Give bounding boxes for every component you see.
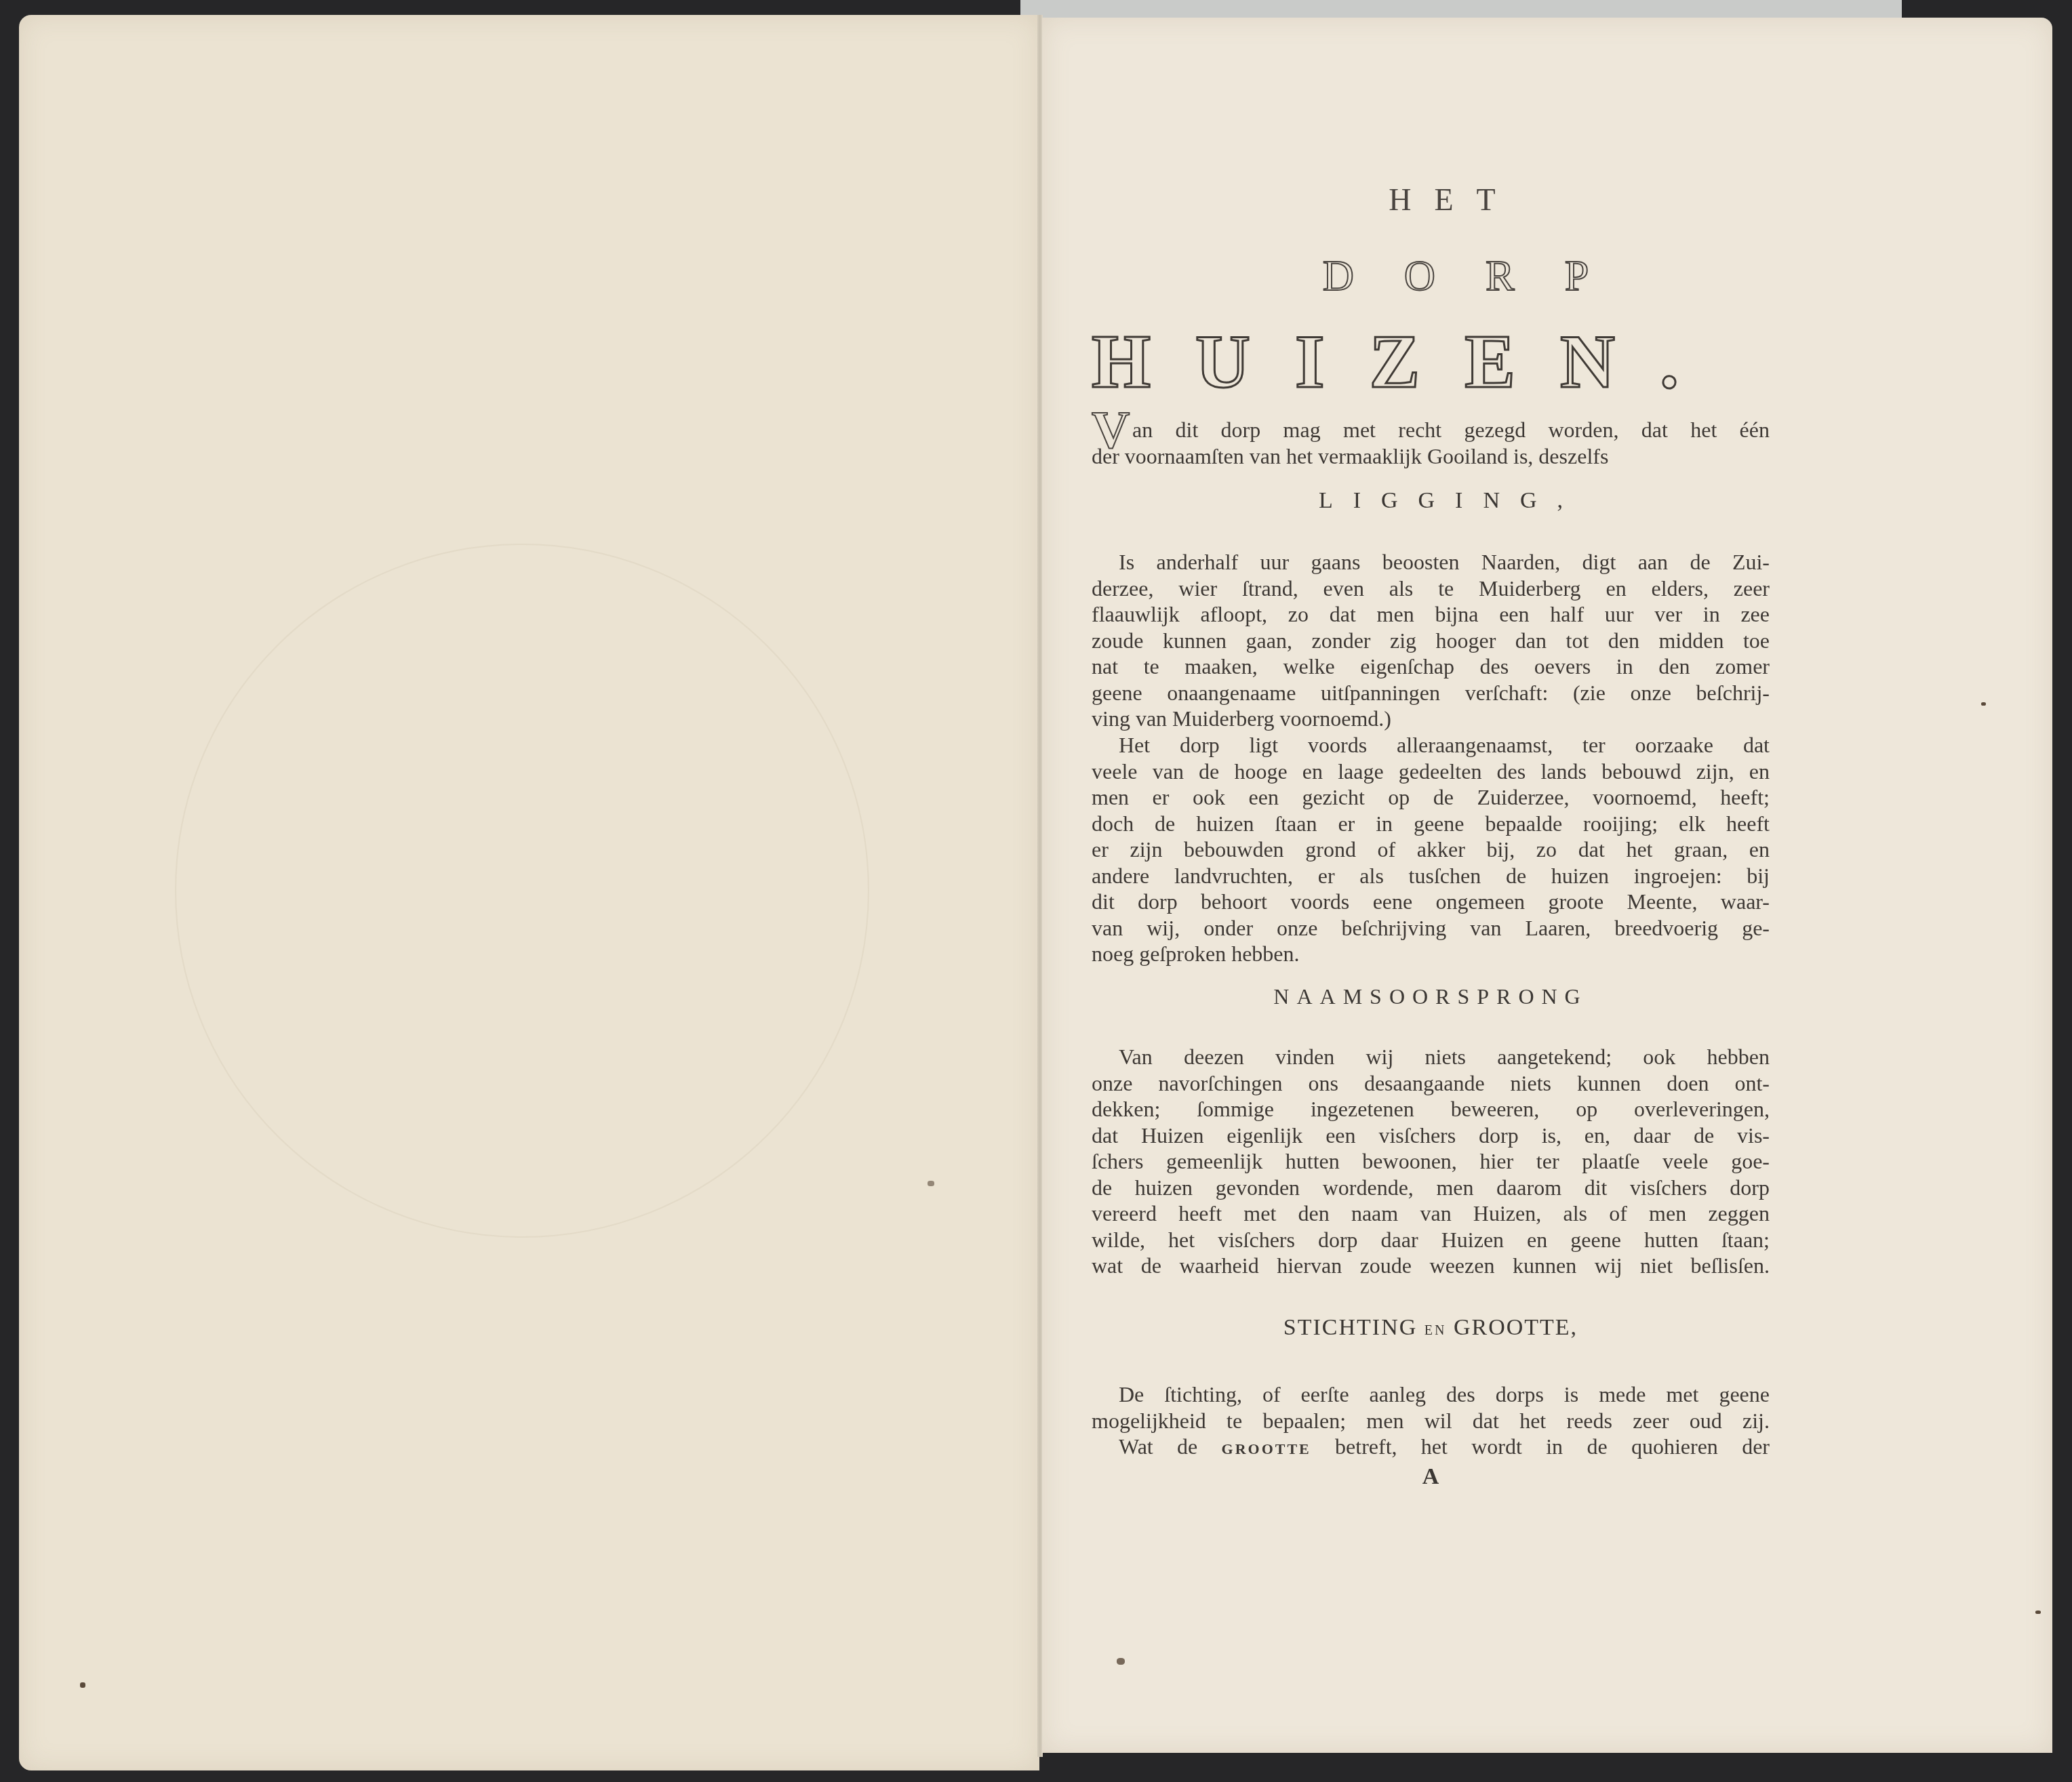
text-line: mogelijkheid te bepaalen; men wil dat he… xyxy=(1092,1408,1770,1434)
text-line: dit dorp behoort voords eene ongemeen gr… xyxy=(1092,889,1770,915)
text-line: onze navorſchingen ons desaangaande niet… xyxy=(1092,1070,1770,1097)
text-line: flaauwlijk afloopt, zo dat men bijna een… xyxy=(1092,601,1770,628)
title-dorp: DORP xyxy=(1092,251,1820,301)
text-part-smallcaps: GROOTTE xyxy=(1222,1440,1311,1457)
text-line: ſchers gemeenlijk hutten bewoonen, hier … xyxy=(1092,1148,1770,1175)
heading-part: EN xyxy=(1424,1323,1447,1338)
ligging-paragraph-1: Is anderhalf uur gaans beoosten Naarden,… xyxy=(1092,549,1770,732)
ligging-paragraph-2: Het dorp ligt voords alleraangenaamst, t… xyxy=(1092,732,1770,967)
text-line: ving van Muiderberg voornoemd.) xyxy=(1092,706,1770,732)
intro-line: an dit dorp mag met recht gezegd worden,… xyxy=(1092,417,1770,443)
text-line: Is anderhalf uur gaans beoosten Naarden,… xyxy=(1092,549,1770,575)
intro-paragraph: V an dit dorp mag met recht gezegd worde… xyxy=(1092,417,1770,469)
ink-speck xyxy=(1981,702,1986,706)
text-line: andere landvruchten, er als tusſchen de … xyxy=(1092,863,1770,889)
ink-speck xyxy=(80,1682,85,1688)
text-line: derzee, wier ſtrand, even als te Muiderb… xyxy=(1092,575,1770,602)
text-line: doch de huizen ſtaan er in geene bepaald… xyxy=(1092,811,1770,837)
text-line: zoude kunnen gaan, zonder zig hooger dan… xyxy=(1092,628,1770,654)
text-line: van wij, onder onze beſchrijving van Laa… xyxy=(1092,915,1770,941)
text-line: wat de waarheid hiervan zoude weezen kun… xyxy=(1092,1253,1770,1279)
text-line: dekken; ſommige ingezetenen beweeren, op… xyxy=(1092,1096,1770,1122)
title-huizen: HUIZEN. xyxy=(1092,319,1770,406)
text-line: men er ook een gezicht op de Zuiderzee, … xyxy=(1092,784,1770,811)
text-line: Wat de GROOTTE betreft, het wordt in de … xyxy=(1092,1434,1770,1463)
text-line: noeg geſproken hebben. xyxy=(1092,941,1770,967)
text-part: betreft, het wordt in de quohieren der xyxy=(1311,1434,1770,1459)
text-line: dat Huizen eigenlijk een visſchers dorp … xyxy=(1092,1122,1770,1149)
title-het: HET xyxy=(1092,182,1793,218)
text-line: er zijn bebouwden grond of akker bij, zo… xyxy=(1092,836,1770,863)
text-line: de huizen gevonden wordende, men daarom … xyxy=(1092,1175,1770,1201)
mount-strip xyxy=(1020,0,1902,18)
bleed-through-watermark xyxy=(175,544,869,1238)
text-line: geene onaangenaame uitſpanningen verſcha… xyxy=(1092,680,1770,706)
ink-speck xyxy=(2035,1611,2041,1614)
stichting-paragraph: De ſtichting, of eerſte aanleg des dorps… xyxy=(1092,1381,1770,1463)
intro-line: der voornaamſten van het vermaaklijk Goo… xyxy=(1092,443,1770,470)
left-page-blank xyxy=(19,15,1039,1770)
text-line: De ſtichting, of eerſte aanleg des dorps… xyxy=(1092,1381,1770,1408)
text-line: vereerd heeft met den naam van Huizen, a… xyxy=(1092,1200,1770,1227)
heading-part: STICHTING xyxy=(1283,1315,1417,1340)
text-line: Het dorp ligt voords alleraangenaamst, t… xyxy=(1092,732,1770,758)
text-line: wilde, het visſchers dorp daar Huizen en… xyxy=(1092,1227,1770,1253)
dropcap-v: V xyxy=(1092,403,1130,456)
heading-part: GROOTTE, xyxy=(1454,1315,1578,1340)
heading-ligging: LIGGING, xyxy=(1092,488,1790,514)
ink-speck xyxy=(928,1181,934,1186)
heading-stichting-en-grootte: STICHTING EN GROOTTE, xyxy=(1092,1315,1770,1341)
ink-speck xyxy=(1117,1658,1125,1665)
text-part: Wat de xyxy=(1119,1434,1222,1459)
text-line: Van deezen vinden wij niets aangetekend;… xyxy=(1092,1044,1770,1070)
text-line: nat te maaken, welke eigenſchap des oeve… xyxy=(1092,653,1770,680)
text-line: veele van de hooge en laage gedeelten de… xyxy=(1092,758,1770,785)
heading-naamsoorsprong: NAAMSOORSPRONG xyxy=(1092,984,1770,1009)
naamsoorsprong-paragraph: Van deezen vinden wij niets aangetekend;… xyxy=(1092,1044,1770,1279)
signature-mark: A xyxy=(1092,1464,1770,1490)
